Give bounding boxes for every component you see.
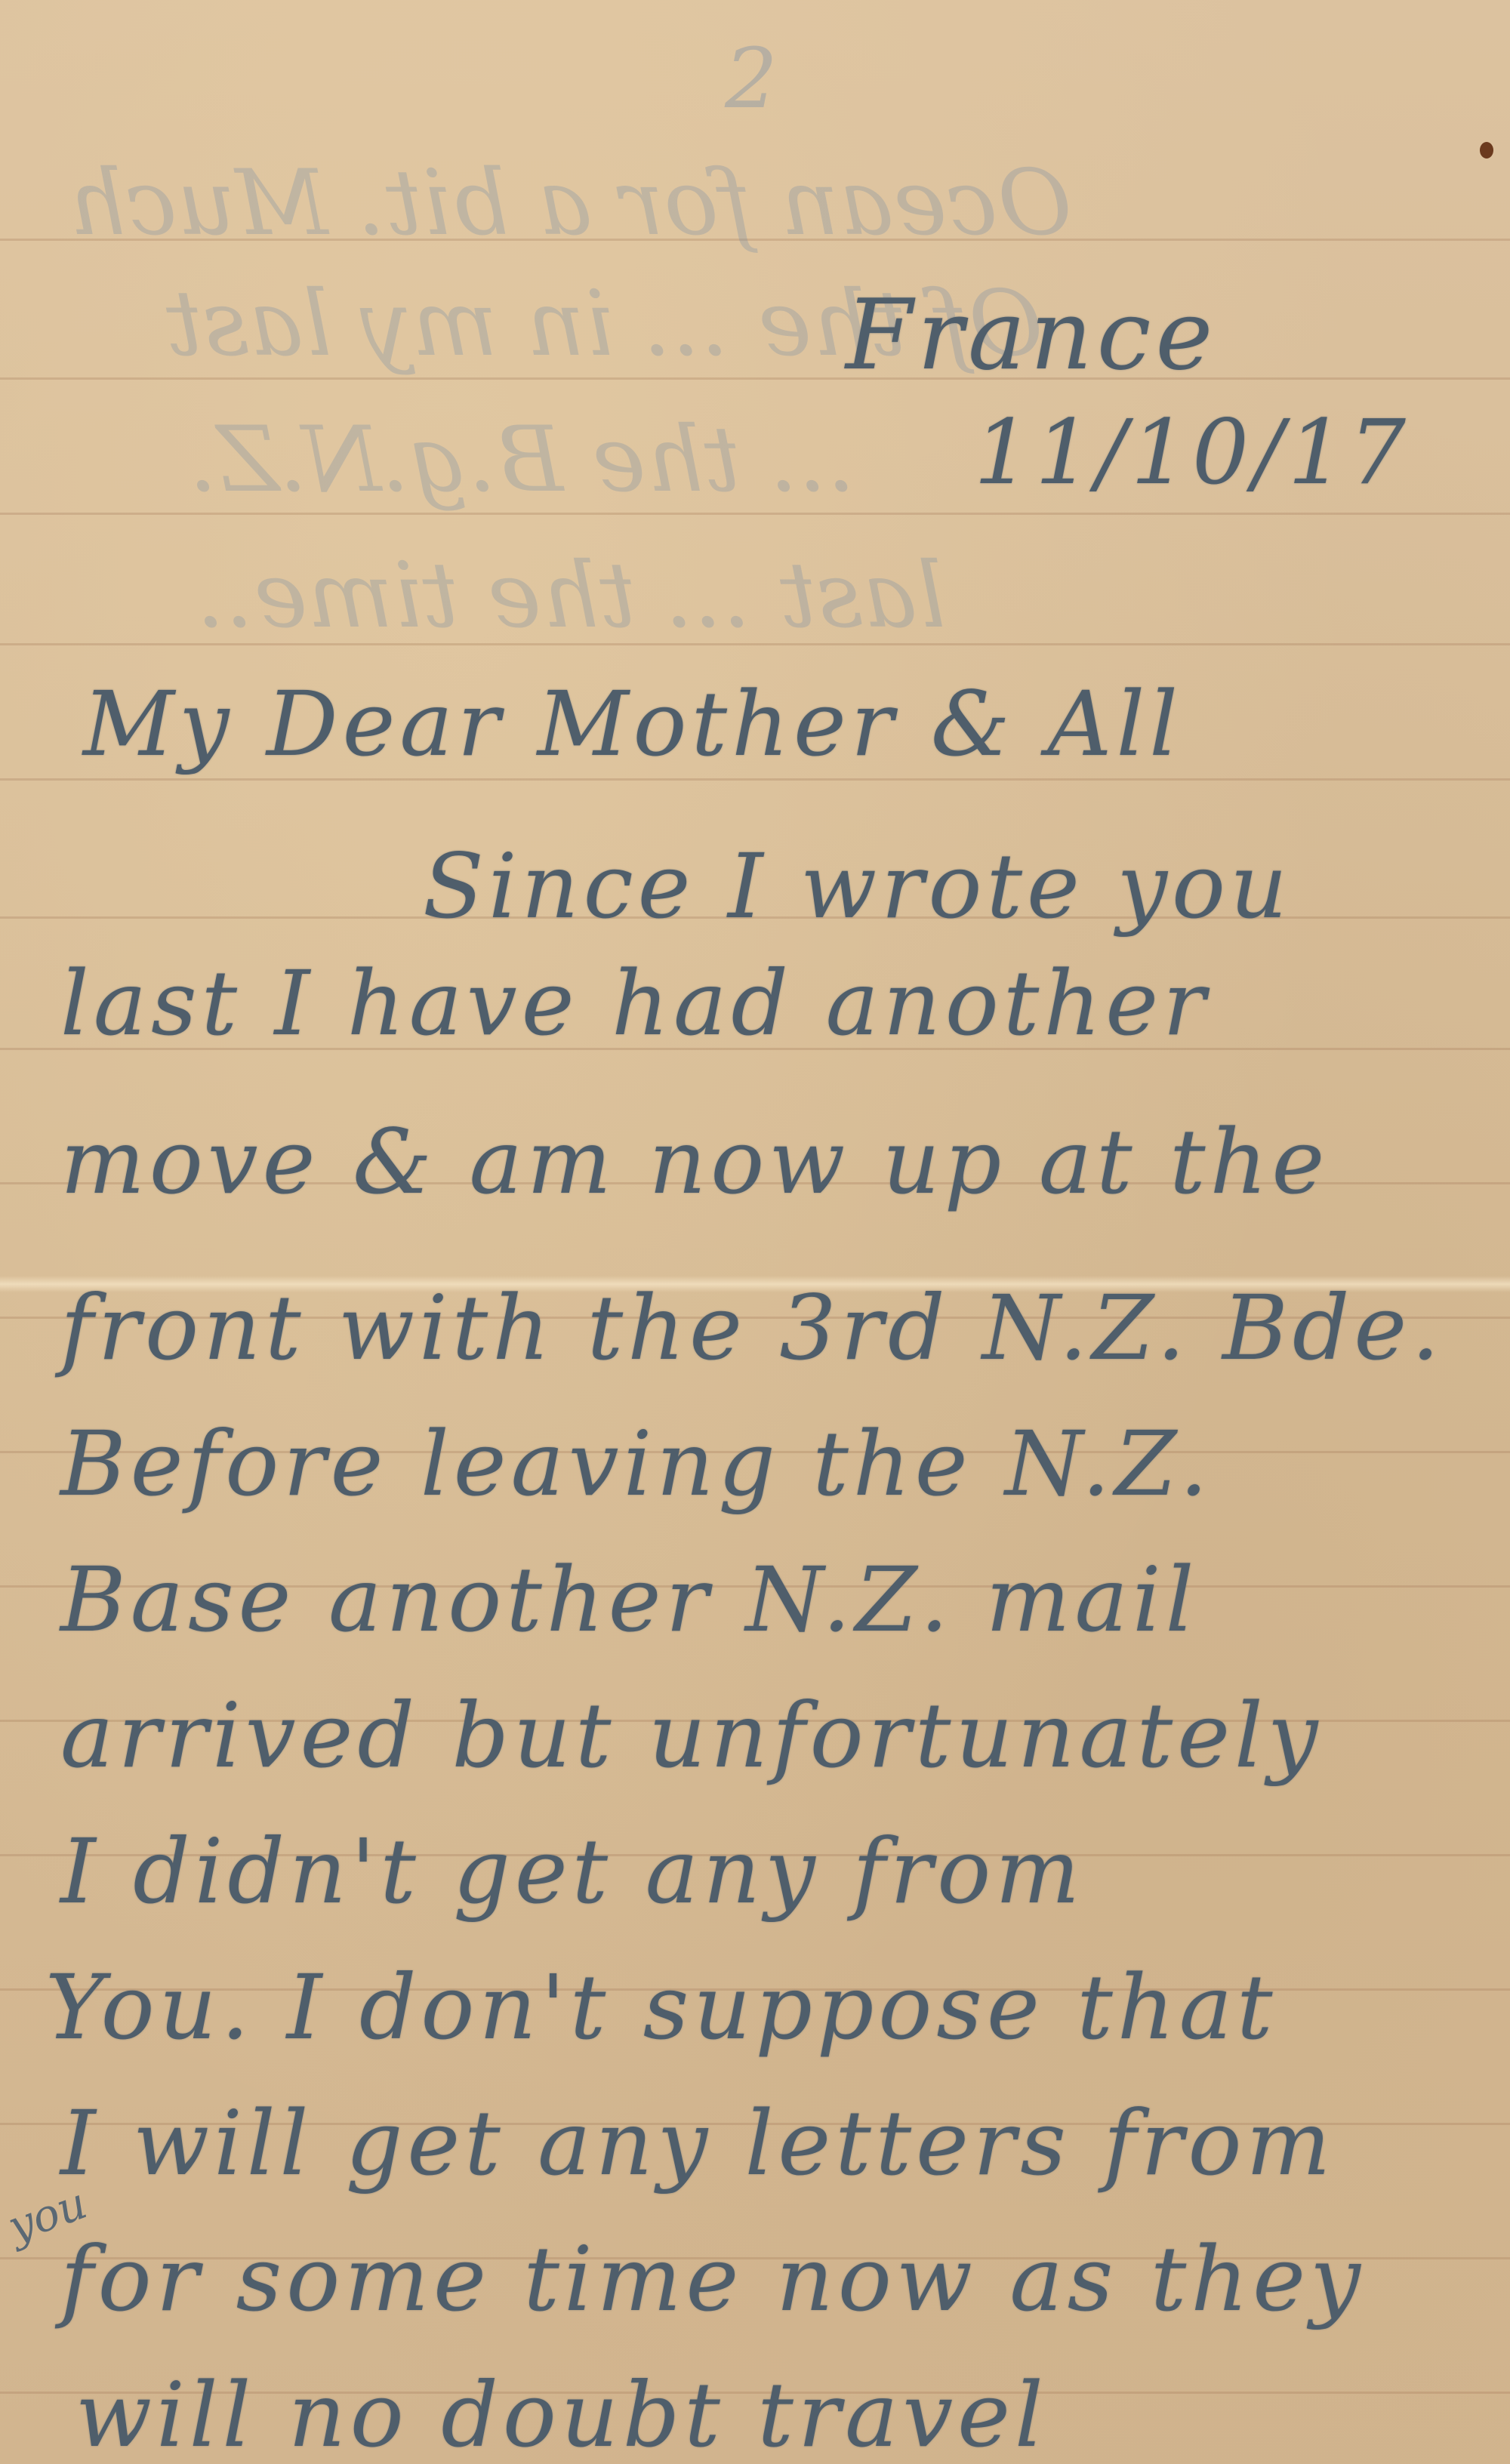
body-line: I didn't get any from <box>60 1819 1084 1923</box>
letter-page: 2 Ocean for a bit. Much Of the ... in my… <box>0 0 1510 2464</box>
bleed-through-line: last ... the time.. <box>196 544 946 648</box>
bleed-through-line: ... the B.g.N.Z. <box>189 408 855 513</box>
bleed-through-line: Ocean for a bit. Much <box>68 151 1072 256</box>
body-line: You. I don't suppose that <box>45 1955 1277 2059</box>
letter-place: France <box>846 279 1217 392</box>
body-line: arrived but unfortunately <box>60 1683 1322 1788</box>
salutation: My Dear Mother & All <box>83 672 1182 776</box>
body-line: will no doubt travel <box>75 2363 1048 2464</box>
bleed-through-page-number: 2 <box>725 30 778 127</box>
ruled-line <box>0 513 1510 515</box>
body-line: last I have had another <box>60 951 1210 1055</box>
body-line: Since I wrote you <box>423 834 1292 938</box>
letter-date: 11/10/17 <box>974 400 1410 504</box>
body-line: I will get any letters from <box>60 2091 1335 2195</box>
body-line: Base another N.Z. mail <box>60 1548 1198 1652</box>
ruled-line <box>0 377 1510 380</box>
body-line: Before leaving the N.Z. <box>60 1412 1213 1516</box>
body-line: for some time now as they <box>60 2227 1365 2331</box>
ruled-line <box>0 778 1510 781</box>
body-line: front with the 3rd N.Z. Bde. <box>60 1276 1444 1380</box>
ink-spot <box>1480 142 1493 159</box>
body-line: move & am now up at the <box>60 1110 1329 1214</box>
